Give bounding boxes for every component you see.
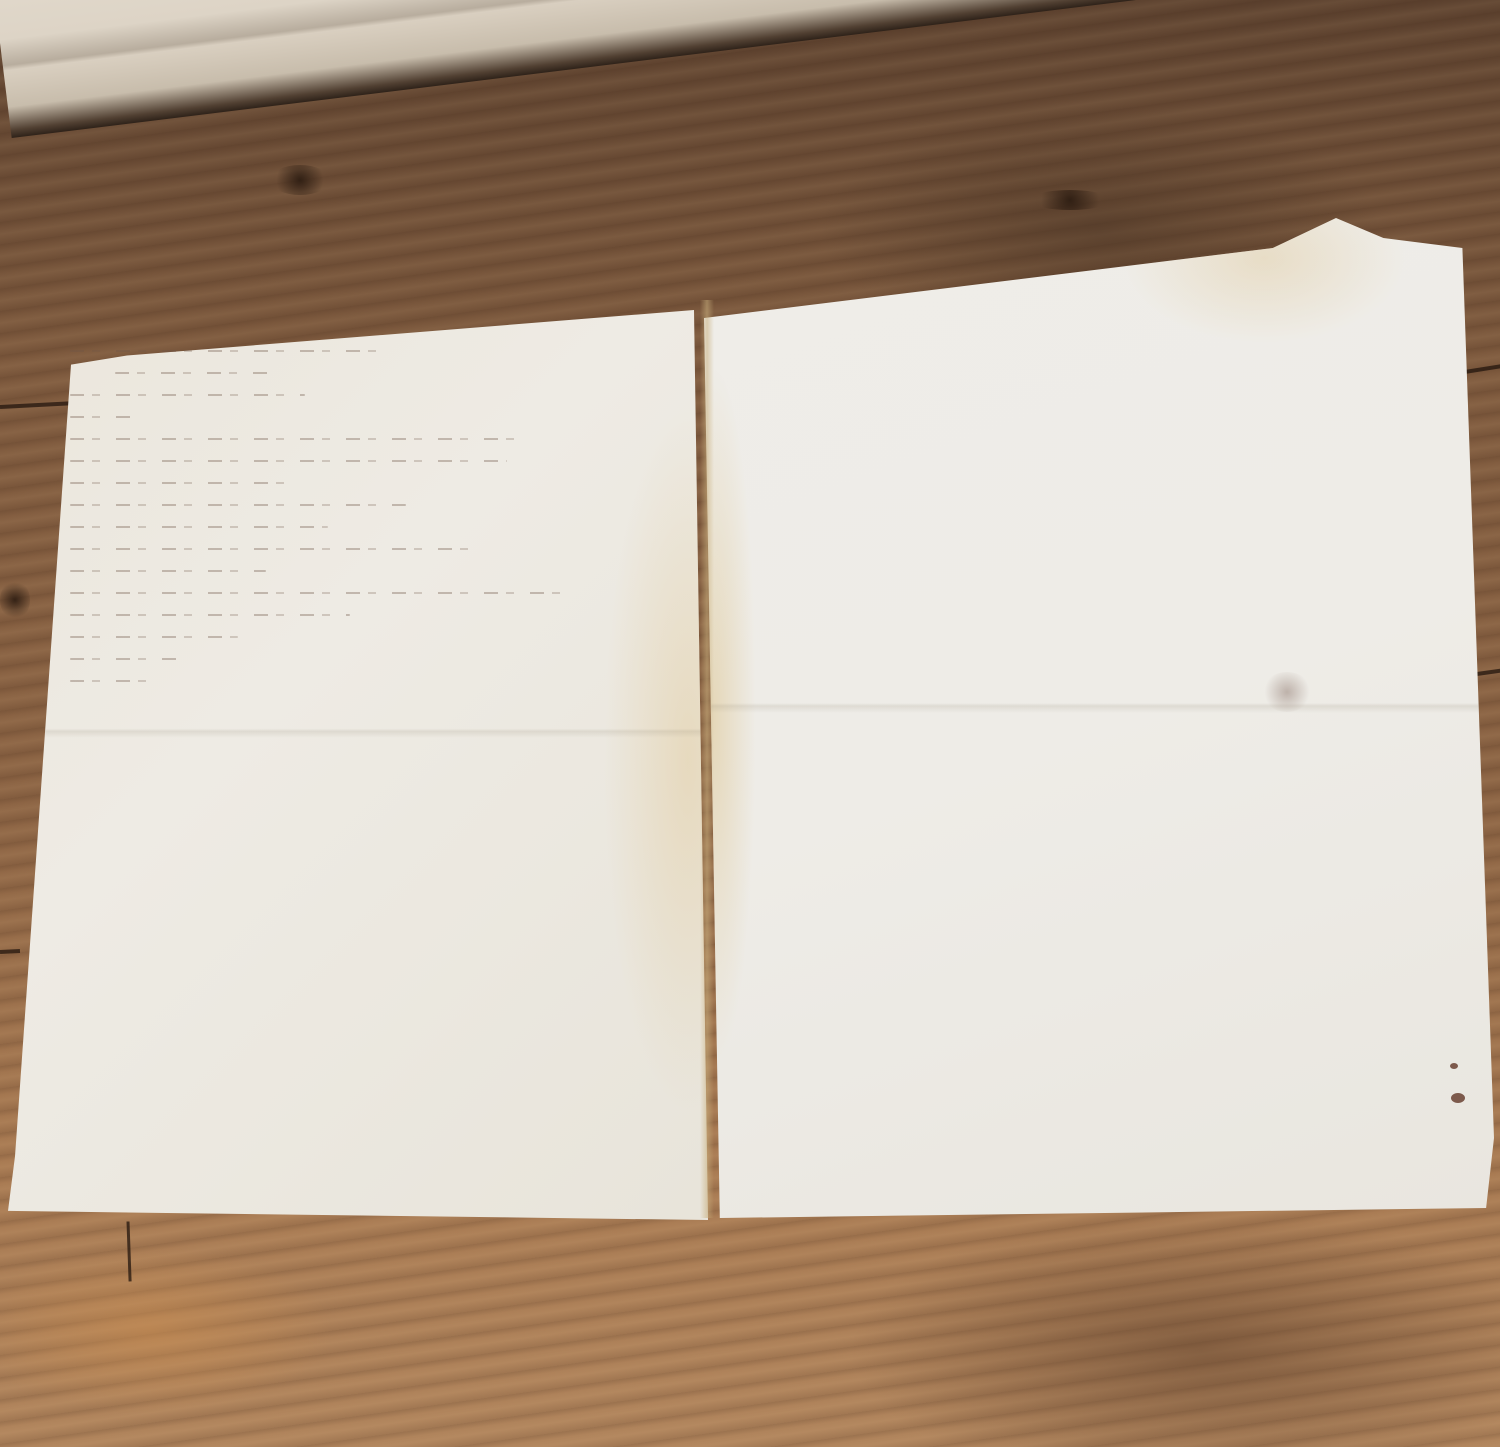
handwriting-line [70,526,328,528]
paper-spot [1450,1063,1458,1069]
handwriting-line [70,350,378,352]
bleed-through-handwriting [70,350,630,702]
photo-scene [0,0,1500,1447]
document-spine-fold [700,300,714,1218]
wood-knot [0,580,30,620]
paper-stain [1262,672,1312,712]
wood-knot [1030,190,1110,210]
handwriting-line [70,482,294,484]
handwriting-line [70,416,137,418]
handwriting-line [70,636,238,638]
handwriting-line [70,394,305,396]
handwriting-line [70,680,154,682]
handwriting-line [115,372,272,374]
handwriting-line [70,592,563,594]
document-right-page [704,218,1494,1218]
handwriting-line [70,548,473,550]
wood-knot [270,165,330,195]
handwriting-line [70,460,507,462]
handwriting-line [70,614,350,616]
handwriting-line [70,658,182,660]
paper-spot [1451,1093,1465,1103]
handwriting-line [70,504,406,506]
handwriting-line [70,438,529,440]
handwriting-line [70,570,266,572]
